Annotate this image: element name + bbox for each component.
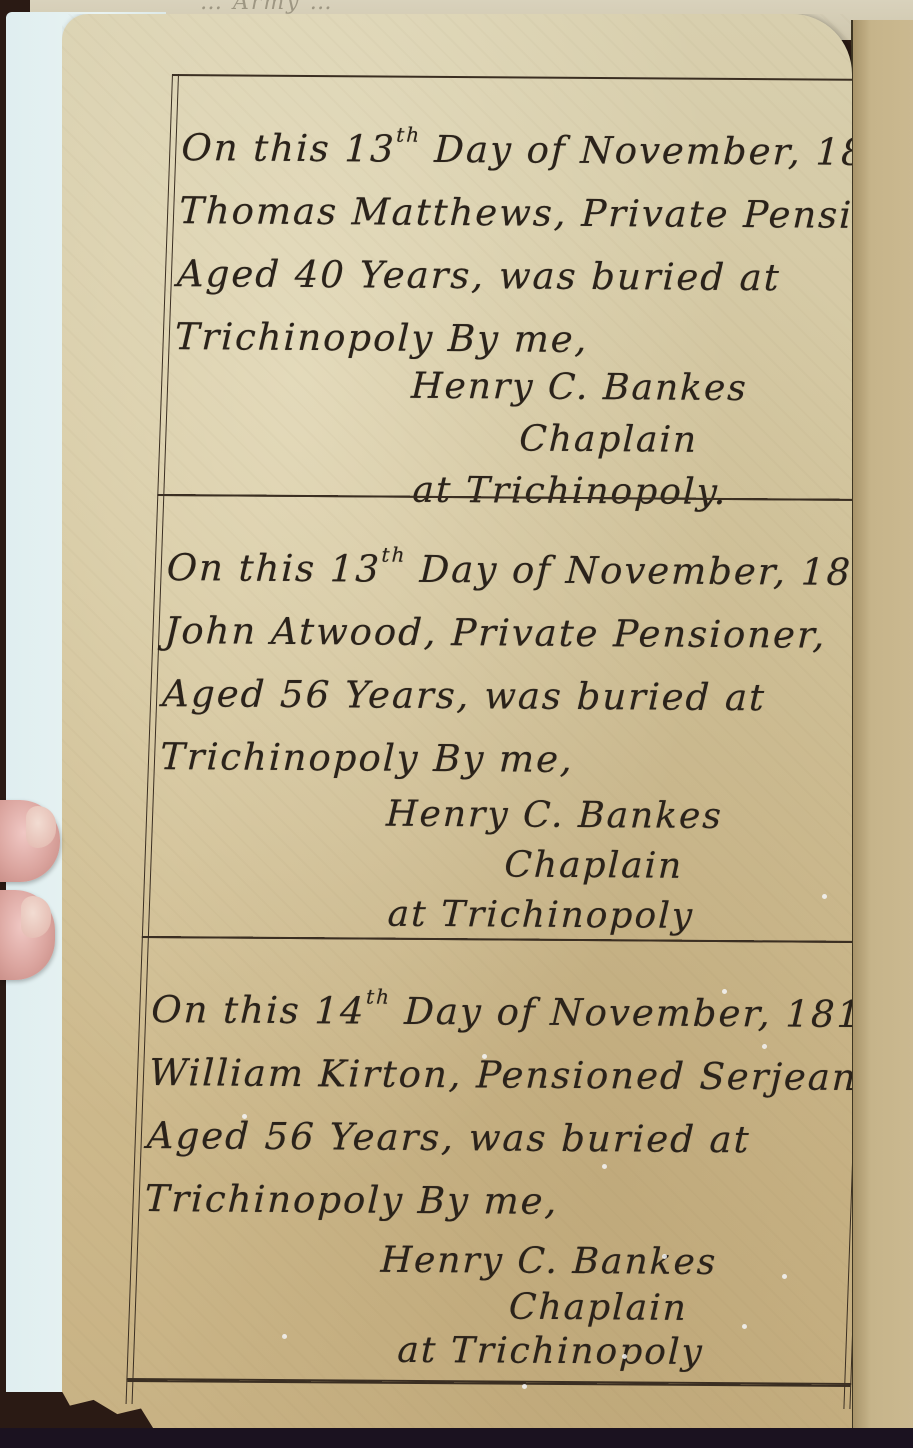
entry-1-date-line: On this 13th Day of November, 1818, [180, 102, 880, 184]
burial-entry-3: On this 14th Day of November, 1818, Will… [126, 936, 866, 1385]
entry-3-signature-title: Chaplain [508, 1287, 688, 1329]
burial-entry-1: On this 13th Day of November, 1818, Thom… [157, 74, 897, 499]
entry-1-signature-name: Henry C. Bankes [410, 366, 748, 409]
entry-2-place-line: Trichinopoly By me, [159, 725, 858, 793]
entry-3-body: On this 14th Day of November, 1818, Will… [144, 964, 850, 1235]
entry-2-name-line: John Atwood, Private Pensioner, [163, 599, 862, 667]
burial-entry-2: On this 13th Day of November, 1818, John… [142, 494, 882, 941]
entry-1-body: On this 13th Day of November, 1818, Thom… [174, 102, 880, 373]
right-page-edge [851, 20, 913, 1448]
entry-3-signature-location: at Trichinopoly [397, 1330, 705, 1373]
underlying-page-text: … Army … [200, 0, 334, 15]
entry-2-signature-name: Henry C. Bankes [385, 794, 723, 837]
entry-2-body: On this 13th Day of November, 1818, John… [159, 522, 865, 793]
fingernail [21, 896, 51, 938]
entry-2-signature-location: at Trichinopoly [387, 894, 695, 937]
entry-3-signature-name: Henry C. Bankes [380, 1240, 718, 1283]
entry-1-name-line: Thomas Matthews, Private Pensioner, [178, 179, 877, 247]
entry-1-place-line: Trichinopoly By me, [174, 305, 873, 373]
entry-3-age-line: Aged 56 Years, was buried at [146, 1104, 845, 1172]
register-page: On this 13th Day of November, 1818, Thom… [62, 14, 852, 1434]
entry-3-place-line: Trichinopoly By me, [144, 1167, 843, 1235]
entry-1-signature-title: Chaplain [519, 419, 699, 461]
entry-3-date-line: On this 14th Day of November, 1818, [150, 964, 850, 1046]
entry-1-age-line: Aged 40 Years, was buried at [176, 242, 875, 310]
entry-2-age-line: Aged 56 Years, was buried at [161, 662, 860, 730]
bottom-shadow [0, 1428, 913, 1448]
entry-2-signature-title: Chaplain [504, 844, 684, 886]
fingernail [26, 806, 56, 848]
entry-2-date-line: On this 13th Day of November, 1818, [166, 522, 866, 604]
ruled-frame: On this 13th Day of November, 1818, Thom… [126, 74, 897, 1409]
entry-3-name-line: William Kirton, Pensioned Serjeant, [148, 1041, 847, 1109]
